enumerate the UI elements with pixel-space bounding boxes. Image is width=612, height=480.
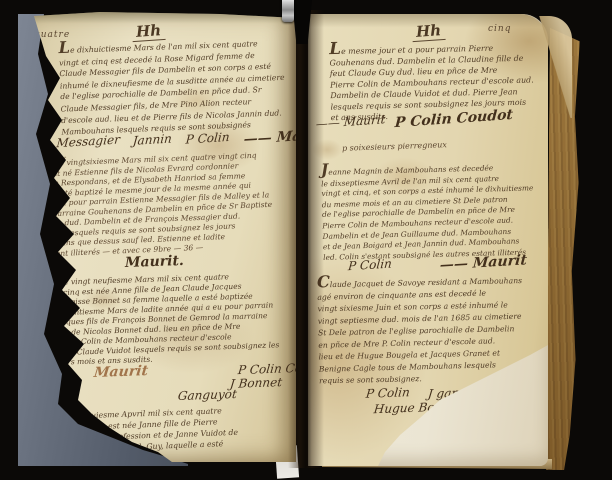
signature-ganguyot: Ganguyot: [177, 387, 237, 403]
signature-jannin: Jannin: [132, 131, 172, 147]
register-entry: Le vingt neufiesme Mars mil six cent qua…: [53, 268, 298, 368]
left-page: quatre Hh Le dixhuictiesme Mars de l'an …: [20, 10, 296, 462]
signature-row: Maurit P Colin Co J Bonnet Ganguyot: [50, 362, 300, 406]
signature-colin: P Colin: [365, 385, 410, 401]
signature-maurit: —— Maurit: [315, 112, 386, 131]
signature-maurit: —— Maurit: [439, 252, 527, 273]
folio-number-right: cinq: [488, 24, 511, 34]
signature-row: P Colin —— Maurit: [348, 254, 538, 275]
register-entry: Le dixhuictiesme Mars de l'an mil six ce…: [58, 36, 299, 138]
binder-clip-icon: [282, 0, 294, 22]
marginal-note: p soixesieurs pierregneux: [342, 140, 447, 153]
register-entry: Le vingtsixiesme Mars mil six cent quatr…: [48, 147, 300, 258]
heading-monogram-right: Hh: [411, 21, 445, 42]
signature-colin: P Colin: [347, 257, 392, 276]
book-photo: quatre Hh Le dixhuictiesme Mars de l'an …: [0, 0, 612, 480]
signature-colin: P Colin: [185, 130, 230, 147]
heading-monogram-left: Hh: [131, 21, 165, 42]
register-entry: Jeanne Magnin de Mambouhans est decedéel…: [321, 160, 545, 263]
signature-maurit: Maurit: [93, 363, 149, 381]
signature-maurit: Maurit.: [125, 253, 184, 271]
